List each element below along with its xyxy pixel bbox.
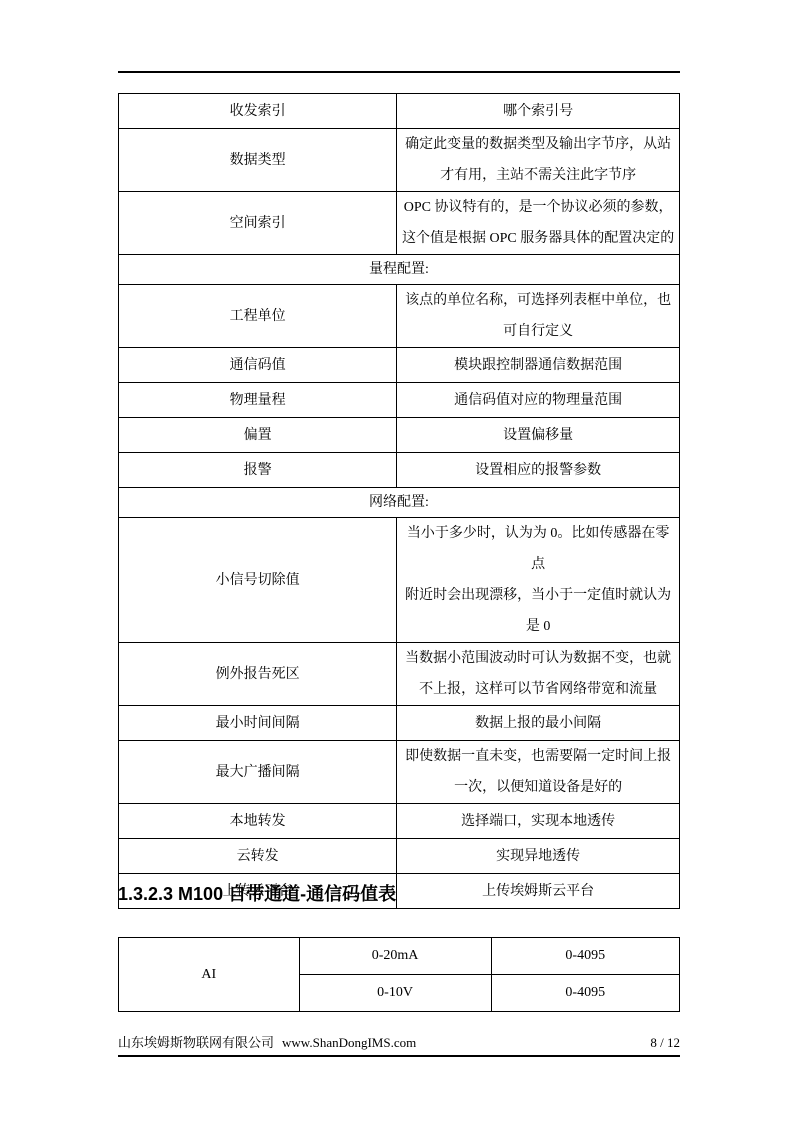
param-desc-cell: 即使数据一直未变，也需要隔一定时间上报 一次，以便知道设备是好的	[397, 741, 680, 804]
section-row: 量程配置:	[119, 255, 680, 285]
param-label-cell: 报警	[119, 453, 397, 488]
param-desc-cell: 该点的单位名称，可选择列表框中单位，也 可自行定义	[397, 285, 680, 348]
page-number: 8 / 12	[650, 1035, 680, 1051]
param-label-cell: 最大广播间隔	[119, 741, 397, 804]
param-label-cell: 偏置	[119, 418, 397, 453]
param-label-cell: 最小时间间隔	[119, 706, 397, 741]
table-row: 例外报告死区 当数据小范围波动时可认为数据不变，也就 不上报，这样可以节省网络带…	[119, 643, 680, 706]
param-desc-cell: 上传埃姆斯云平台	[397, 874, 680, 909]
param-label-cell: 空间索引	[119, 192, 397, 255]
table-row: 空间索引 OPC 协议特有的，是一个协议必须的参数， 这个值是根据 OPC 服务…	[119, 192, 680, 255]
param-table: 收发索引 哪个索引号 数据类型 确定此变量的数据类型及输出字节序，从站 才有用，…	[118, 93, 680, 909]
param-desc-cell: 确定此变量的数据类型及输出字节序，从站 才有用，主站不需关注此字节序	[397, 129, 680, 192]
table-row: 最大广播间隔 即使数据一直未变，也需要隔一定时间上报 一次，以便知道设备是好的	[119, 741, 680, 804]
table-row: 工程单位 该点的单位名称，可选择列表框中单位，也 可自行定义	[119, 285, 680, 348]
param-desc-cell: 模块跟控制器通信数据范围	[397, 348, 680, 383]
param-label-cell: 工程单位	[119, 285, 397, 348]
website-text: www.ShanDongIMS.com	[282, 1035, 416, 1050]
document-page: 收发索引 哪个索引号 数据类型 确定此变量的数据类型及输出字节序，从站 才有用，…	[0, 0, 793, 1122]
param-desc-cell: 设置偏移量	[397, 418, 680, 453]
code-value-cell: 0-4095	[491, 975, 680, 1012]
param-label-cell: 通信码值	[119, 348, 397, 383]
param-desc-cell: 实现异地透传	[397, 839, 680, 874]
param-label-cell: 收发索引	[119, 94, 397, 129]
section-heading: 1.3.2.3 M100 自带通道-通信码值表	[118, 880, 396, 906]
code-table: AI 0-20mA 0-4095 0-10V 0-4095	[118, 937, 680, 1012]
section-row: 网络配置:	[119, 488, 680, 518]
table-row: AI 0-20mA 0-4095	[119, 938, 680, 975]
param-desc-cell: 哪个索引号	[397, 94, 680, 129]
section-label-cell: 量程配置:	[119, 255, 680, 285]
param-desc-cell: 通信码值对应的物理量范围	[397, 383, 680, 418]
table-row: 云转发 实现异地透传	[119, 839, 680, 874]
param-desc-cell: 当小于多少时，认为为 0。比如传感器在零点 附近时会出现漂移，当小于一定值时就认…	[397, 518, 680, 643]
param-desc-cell: 数据上报的最小间隔	[397, 706, 680, 741]
param-label-cell: 例外报告死区	[119, 643, 397, 706]
signal-range-cell: 0-20mA	[299, 938, 491, 975]
channel-cell: AI	[119, 938, 300, 1012]
param-desc-cell: 选择端口，实现本地透传	[397, 804, 680, 839]
param-desc-cell: 当数据小范围波动时可认为数据不变，也就 不上报，这样可以节省网络带宽和流量	[397, 643, 680, 706]
code-value-cell: 0-4095	[491, 938, 680, 975]
table-row: 数据类型 确定此变量的数据类型及输出字节序，从站 才有用，主站不需关注此字节序	[119, 129, 680, 192]
param-label-cell: 本地转发	[119, 804, 397, 839]
param-label-cell: 物理量程	[119, 383, 397, 418]
param-desc-cell: 设置相应的报警参数	[397, 453, 680, 488]
header-rule	[118, 71, 680, 73]
param-label-cell: 数据类型	[119, 129, 397, 192]
table-row: 偏置 设置偏移量	[119, 418, 680, 453]
footer-company-block: 山东埃姆斯物联网有限公司www.ShanDongIMS.com	[118, 1032, 424, 1051]
table-row: 本地转发 选择端口，实现本地透传	[119, 804, 680, 839]
signal-range-cell: 0-10V	[299, 975, 491, 1012]
param-label-cell: 云转发	[119, 839, 397, 874]
param-label-cell: 小信号切除值	[119, 518, 397, 643]
table-row: 报警 设置相应的报警参数	[119, 453, 680, 488]
company-name: 山东埃姆斯物联网有限公司	[118, 1035, 274, 1050]
footer-rule	[118, 1055, 680, 1057]
table-row: 通信码值 模块跟控制器通信数据范围	[119, 348, 680, 383]
param-desc-cell: OPC 协议特有的，是一个协议必须的参数， 这个值是根据 OPC 服务器具体的配…	[397, 192, 680, 255]
table-row: 物理量程 通信码值对应的物理量范围	[119, 383, 680, 418]
table-row: 小信号切除值 当小于多少时，认为为 0。比如传感器在零点 附近时会出现漂移，当小…	[119, 518, 680, 643]
section-label-cell: 网络配置:	[119, 488, 680, 518]
table-row: 最小时间间隔 数据上报的最小间隔	[119, 706, 680, 741]
footer: 山东埃姆斯物联网有限公司www.ShanDongIMS.com 8 / 12	[118, 1032, 680, 1051]
table-row: 收发索引 哪个索引号	[119, 94, 680, 129]
